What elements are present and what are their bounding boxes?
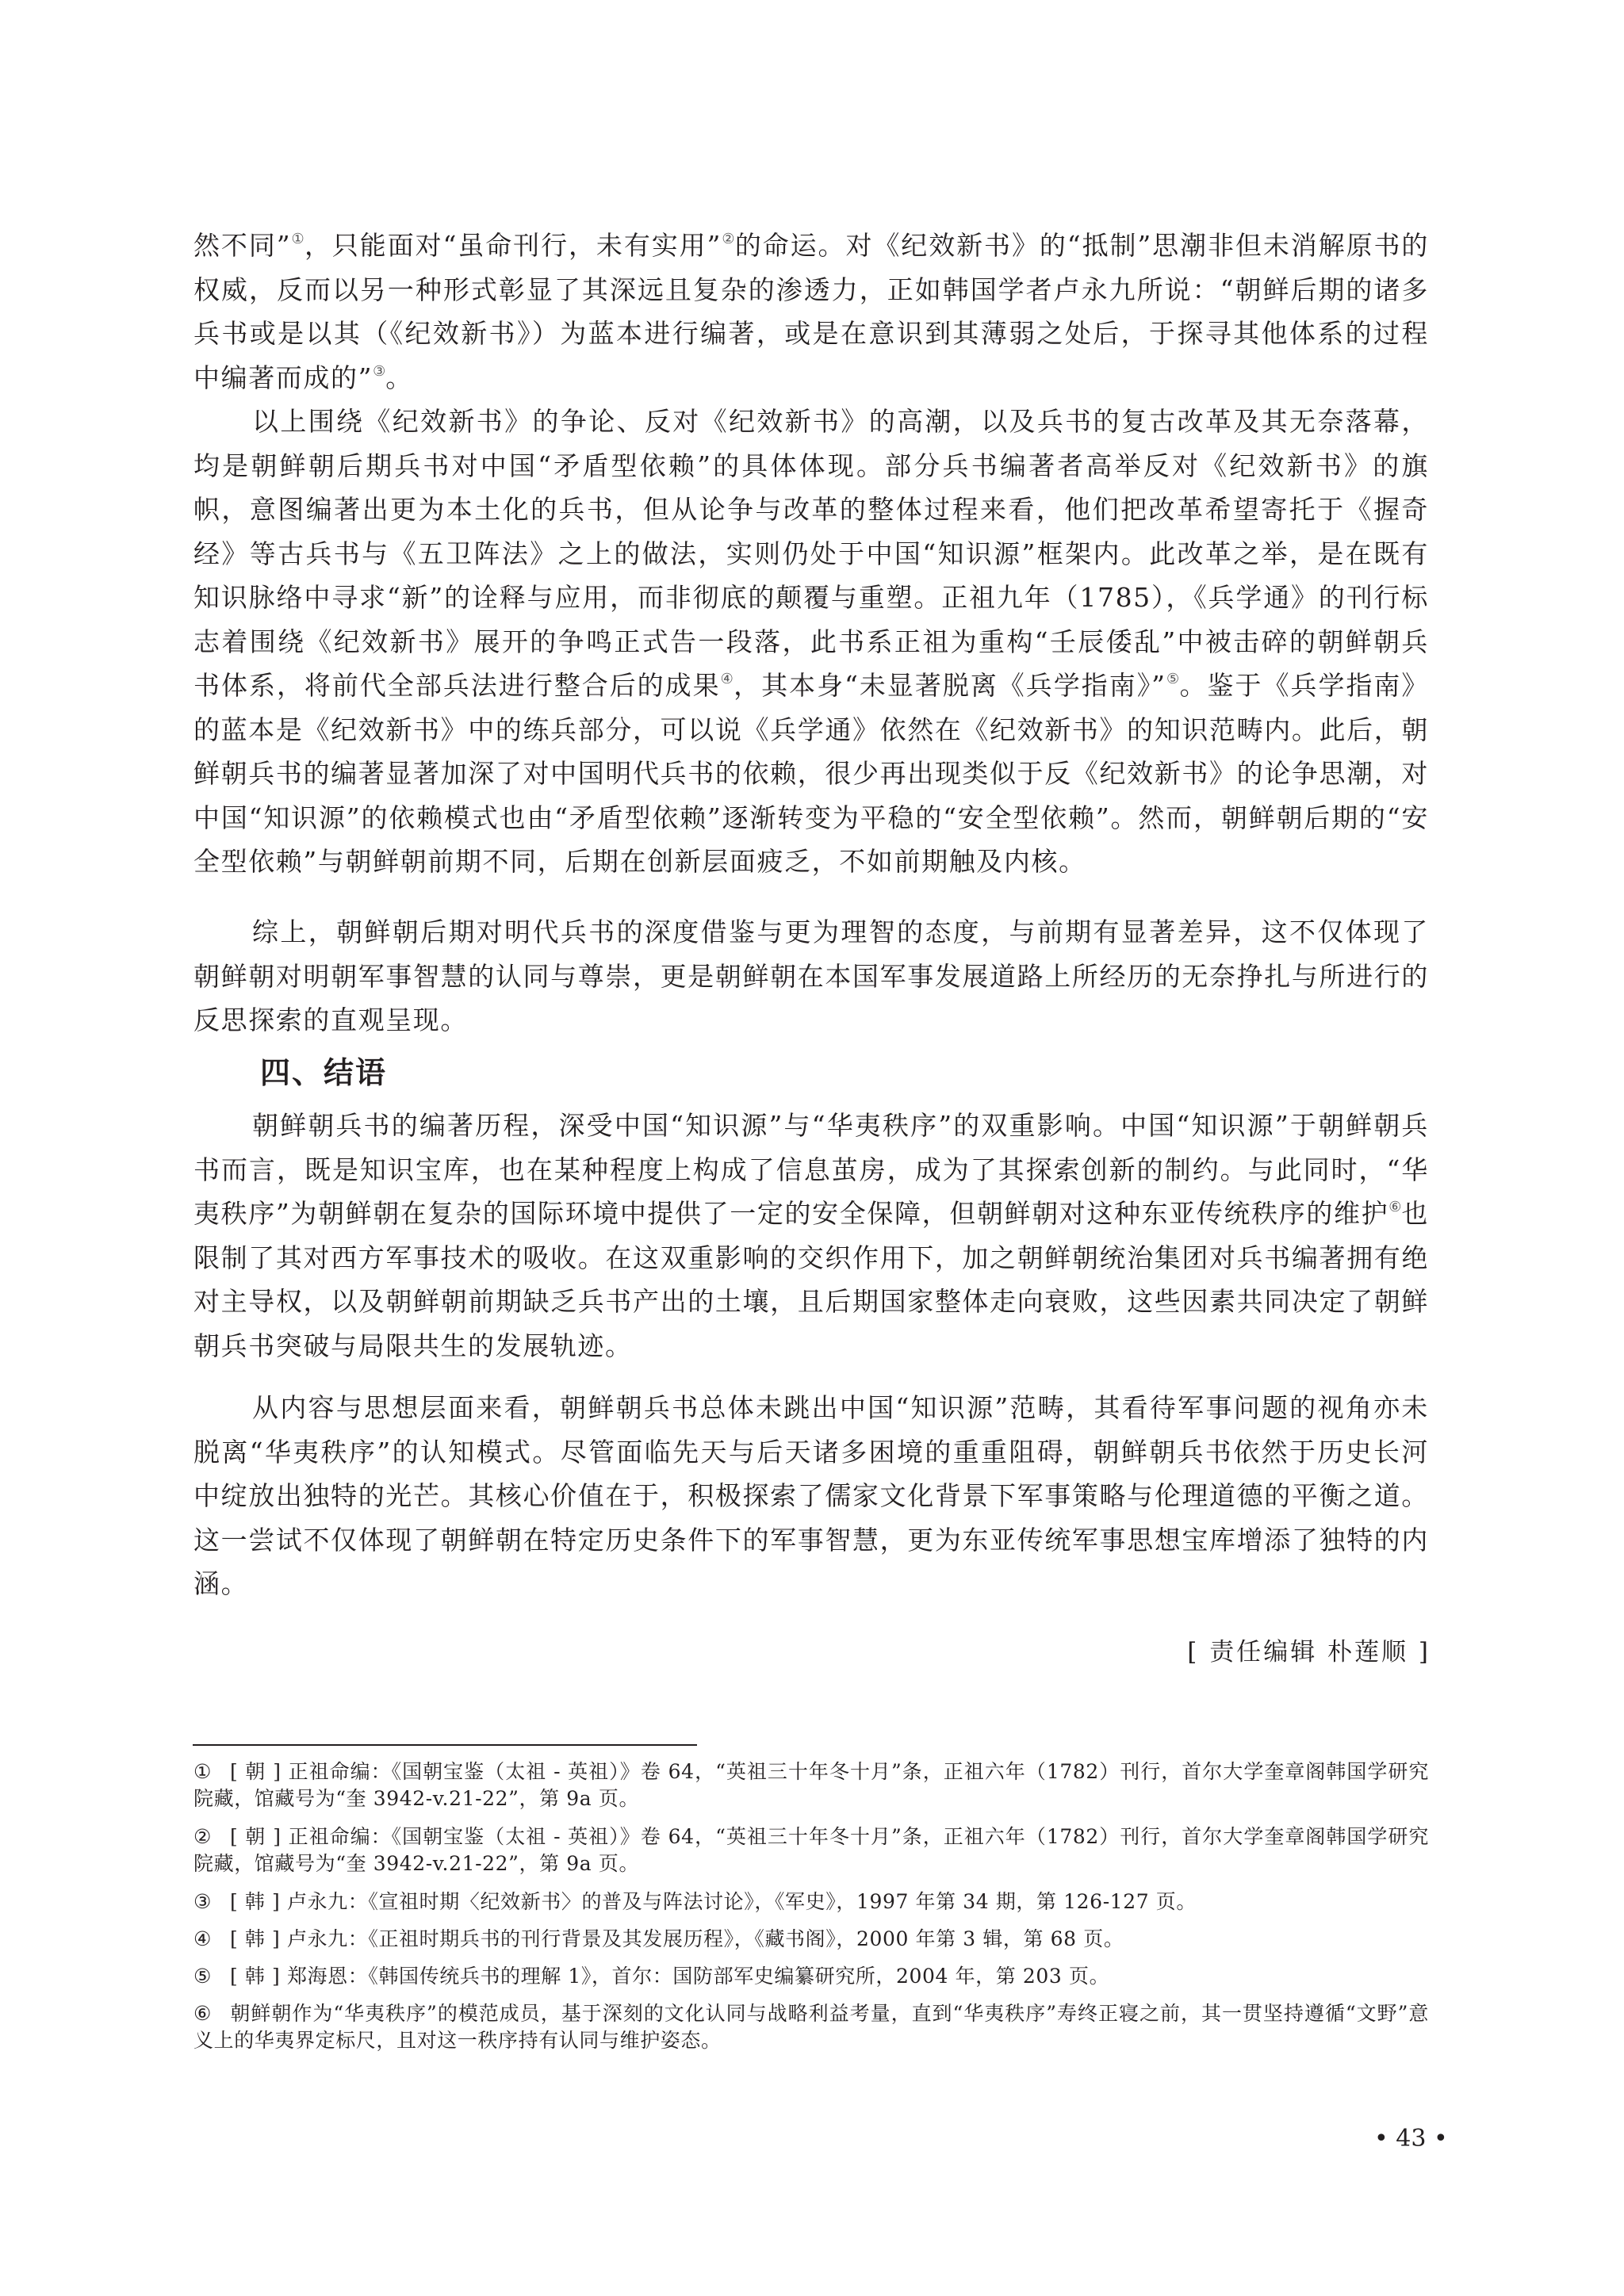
footnote-text: [ 朝 ] 正祖命编：《国朝宝鉴（太祖 - 英祖）》卷 64，“英祖三十年冬十月…: [193, 1825, 1429, 1875]
footnote-mark: ③: [193, 1888, 230, 1915]
paragraph-summary: 综上，朝鲜朝后期对明代兵书的深度借鉴与更为理智的态度，与前期有显著差异，这不仅体…: [193, 910, 1429, 1043]
footnote-1: ①[ 朝 ] 正祖命编：《国朝宝鉴（太祖 - 英祖）》卷 64，“英祖三十年冬十…: [193, 1758, 1429, 1812]
footnote-text: [ 韩 ] 郑海恩：《韩国传统兵书的理解 1》，首尔：国防部军史编纂研究所，20…: [230, 1965, 1109, 1988]
document-page: 然不同”①，只能面对“虽命刊行，未有实用”②的命运。对《纪效新书》的“抵制”思潮…: [0, 0, 1624, 2296]
paragraph-continuation: 然不同”①，只能面对“虽命刊行，未有实用”②的命运。对《纪效新书》的“抵制”思潮…: [193, 224, 1429, 400]
footnote-ref-6[interactable]: ⑥: [1388, 1199, 1401, 1215]
footnote-mark: ②: [193, 1823, 230, 1850]
footnote-mark: ④: [193, 1926, 230, 1953]
footnote-4: ④[ 韩 ] 卢永九：《正祖时期兵书的刊行背景及其发展历程》，《藏书阁》，200…: [193, 1926, 1429, 1953]
footnote-ref-1[interactable]: ①: [291, 231, 304, 247]
footnote-3: ③[ 韩 ] 卢永九：《宣祖时期〈纪效新书〉的普及与阵法讨论》，《军史》，199…: [193, 1888, 1429, 1915]
text-run: 朝鲜朝兵书的编著历程，深受中国“知识源”与“华夷秩序”的双重影响。中国“知识源”…: [193, 1110, 1429, 1229]
footnote-6: ⑥朝鲜朝作为“华夷秩序”的模范成员，基于深刻的文化认同与战略利益考量，直到“华夷…: [193, 2000, 1429, 2054]
paragraph-conclusion-1: 朝鲜朝兵书的编著历程，深受中国“知识源”与“华夷秩序”的双重影响。中国“知识源”…: [193, 1104, 1429, 1368]
text-run: 然不同”: [193, 230, 291, 261]
footnote-divider: [193, 1744, 697, 1746]
footnote-text: [ 朝 ] 正祖命编：《国朝宝鉴（太祖 - 英祖）》卷 64，“英祖三十年冬十月…: [193, 1760, 1429, 1810]
footnote-ref-2[interactable]: ②: [722, 231, 735, 247]
page-number: • 43 •: [1374, 2125, 1448, 2152]
text-run: 综上，朝鲜朝后期对明代兵书的深度借鉴与更为理智的态度，与前期有显著差异，这不仅体…: [193, 916, 1429, 1035]
text-run: 。鉴于《兵学指南》的蓝本是《纪效新书》中的练兵部分，可以说《兵学通》依然在《纪效…: [193, 670, 1429, 877]
section-heading: 四、结语: [260, 1048, 387, 1092]
paragraph-conclusion-2: 从内容与思想层面来看，朝鲜朝兵书总体未跳出中国“知识源”范畴，其看待军事问题的视…: [193, 1386, 1429, 1606]
footnote-mark: ①: [193, 1758, 230, 1785]
footnote-text: 朝鲜朝作为“华夷秩序”的模范成员，基于深刻的文化认同与战略利益考量，直到“华夷秩…: [193, 2002, 1429, 2052]
footnote-2: ②[ 朝 ] 正祖命编：《国朝宝鉴（太祖 - 英祖）》卷 64，“英祖三十年冬十…: [193, 1823, 1429, 1877]
footnote-text: [ 韩 ] 卢永九：《宣祖时期〈纪效新书〉的普及与阵法讨论》，《军史》，1997…: [230, 1890, 1197, 1913]
text-run: ，只能面对“虽命刊行，未有实用”: [304, 230, 722, 261]
footnote-ref-4[interactable]: ④: [721, 671, 734, 687]
paragraph-controversy: 以上围绕《纪效新书》的争论、反对《纪效新书》的高潮，以及兵书的复古改革及其无奈落…: [193, 400, 1429, 884]
footnote-mark: ⑤: [193, 1963, 230, 1990]
footnote-ref-3[interactable]: ③: [373, 363, 385, 380]
text-run: 从内容与思想层面来看，朝鲜朝兵书总体未跳出中国“知识源”范畴，其看待军事问题的视…: [193, 1392, 1429, 1599]
text-run: 以上围绕《纪效新书》的争论、反对《纪效新书》的高潮，以及兵书的复古改革及其无奈落…: [193, 406, 1429, 701]
footnote-ref-5[interactable]: ⑤: [1166, 671, 1180, 687]
footnote-mark: ⑥: [193, 2000, 230, 2027]
footnote-text: [ 韩 ] 卢永九：《正祖时期兵书的刊行背景及其发展历程》，《藏书阁》，2000…: [230, 1927, 1124, 1950]
text-run: 。: [385, 362, 413, 393]
footnote-5: ⑤[ 韩 ] 郑海恩：《韩国传统兵书的理解 1》，首尔：国防部军史编纂研究所，2…: [193, 1963, 1429, 1990]
responsible-editor: [ 责任编辑 朴莲顺 ]: [1187, 1632, 1431, 1667]
text-run: ，其本身“未显著脱离《兵学指南》”: [733, 670, 1166, 701]
